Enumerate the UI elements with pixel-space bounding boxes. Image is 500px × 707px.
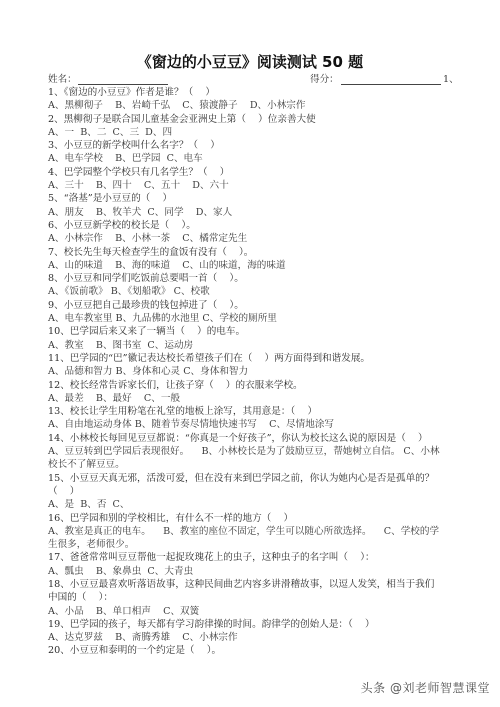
options-16-continued: 生很多，老师很少。	[48, 538, 458, 551]
options-15: A、是 B、否 C、	[48, 498, 458, 511]
question-10: 10、巴学园后来又来了一辆当（ ）的电车。	[48, 325, 458, 338]
options-12: A、最差 B、最好 C、一般	[48, 392, 458, 405]
document-page: 《窗边的小豆豆》阅读测试 50 题 姓名： 得分： 1、 1、《窗边的小豆豆》作…	[0, 0, 500, 707]
options-4: A、三十 B、四十 C、五十 D、六十	[48, 179, 458, 192]
score-label: 得分：	[310, 73, 339, 87]
question-5: 5、“洛基”是小豆豆的（ ）	[48, 192, 458, 205]
options-10: A、教室 B、图书室 C、运动房	[48, 339, 458, 352]
options-17: A、瓢虫 B、象鼻虫 C、大青虫	[48, 565, 458, 578]
options-14: A、豆豆转到巴学园后表现很好。 B、小林校长是为了鼓励豆豆，帮她树立自信。 C、…	[48, 445, 458, 458]
question-15: 15、小豆豆天真无邪，活泼可爱，但在没有来到巴学园之前，你认为她内心是否是孤单的…	[48, 472, 458, 485]
options-9: A、电车教室里 B、九品佛的水池里 C、学校的厕所里	[48, 312, 458, 325]
question-16: 16、巴学园和别的学校相比，有什么不一样的地方（ ）	[48, 512, 458, 525]
question-8: 8、小豆豆和同学们吃饭前总要唱一首（ ）。	[48, 272, 458, 285]
options-16: A、教室是真正的电车。 B、教室的座位不固定，学生可以随心所欲选择。 C、学校的…	[48, 525, 458, 538]
options-19: A、达克罗兹 B、斋腾秀雄 C、小林宗作	[48, 631, 458, 644]
options-13: A、自由地运动身体 B、随着节奏尽情地快速书写 C、尽情地涂写	[48, 418, 458, 431]
options-2: A、一 B、二 C、三 D、四	[48, 126, 458, 139]
options-6: A、小林宗作 B、小林一茶 C、橘常定先生	[48, 232, 458, 245]
score-blank-line	[341, 84, 441, 85]
question-19: 19、巴学园的孩子，每天都有学习韵律操的时间。韵律学的创始人是：（ ）	[48, 618, 458, 631]
question-9: 9、小豆豆把自己最珍贵的钱包掉进了（ ）。	[48, 299, 458, 312]
question-15-continued: （ ）	[48, 485, 458, 498]
options-8: A、《饭前歌》 B、《划船歌》 C、校歌	[48, 285, 458, 298]
question-1: 1、《窗边的小豆豆》作者是谁？（ ）	[48, 86, 458, 99]
question-18: 18、小豆豆最喜欢听落语故事，这种民间曲艺内容多讲滑稽故事，以逗人发笑，相当于我…	[48, 578, 458, 591]
student-info-row: 姓名： 得分： 1、	[48, 73, 478, 87]
options-1: A、黑柳彻子 B、岩崎千弘 C、猿渡静子 D、小林宗作	[48, 99, 458, 112]
question-list: 1、《窗边的小豆豆》作者是谁？（ ） A、黑柳彻子 B、岩崎千弘 C、猿渡静子 …	[48, 86, 458, 658]
question-3: 3、小豆豆的新学校叫什么名字？（ ）	[48, 139, 458, 152]
question-17: 17、爸爸常常叫豆豆帮他一起捉玫瑰花上的虫子，这种虫子的名字叫（ ）：	[48, 551, 458, 564]
question-2: 2、黑柳彻子是联合国儿童基金会亚洲史上第（ ）位亲善大使	[48, 113, 458, 126]
options-11: A、品德和智力 B、身体和心灵 C、身体和智力	[48, 365, 458, 378]
options-7: A、山的味道 B、海的味道 C、山的味道，海的味道	[48, 259, 458, 272]
watermark: 头条 @刘老师智慧课堂	[361, 680, 490, 696]
options-5: A、朋友 B、牧羊犬 C、同学 D、家人	[48, 206, 458, 219]
options-14-continued: 校长不了解豆豆。	[48, 458, 458, 471]
question-7: 7、校长先生每天检查学生的盒饭有没有（ ）。	[48, 246, 458, 259]
question-11: 11、巴学园的“巴”徽记表达校长希望孩子们在（ ）两方面得到和谐发展。	[48, 352, 458, 365]
document-title: 《窗边的小豆豆》阅读测试 50 题	[0, 52, 500, 72]
question-18-continued: 中国的（ ）：	[48, 591, 458, 604]
question-6: 6、小豆豆新学校的校长是（ ）。	[48, 219, 458, 232]
question-13: 13、校长让学生用粉笔在礼堂的地板上涂写，其用意是：（ ）	[48, 405, 458, 418]
question-20: 20、小豆豆和泰明的一个约定是（ ）。	[48, 644, 458, 657]
score-trailing-text: 1、	[443, 73, 459, 87]
question-12: 12、校长经常告诉家长们，让孩子穿（ ）的衣服来学校。	[48, 379, 458, 392]
options-18: A、小品 B、单口相声 C、双簧	[48, 605, 458, 618]
name-blank-line	[78, 84, 168, 85]
question-4: 4、巴学园整个学校只有几名学生？（ ）	[48, 166, 458, 179]
name-label: 姓名：	[48, 73, 77, 87]
options-3: A、电车学校 B、巴学园 C、电车	[48, 152, 458, 165]
question-14: 14、小林校长每回见豆豆都说：“你真是一个好孩子”，你认为校长这么说的原因是（ …	[48, 432, 458, 445]
